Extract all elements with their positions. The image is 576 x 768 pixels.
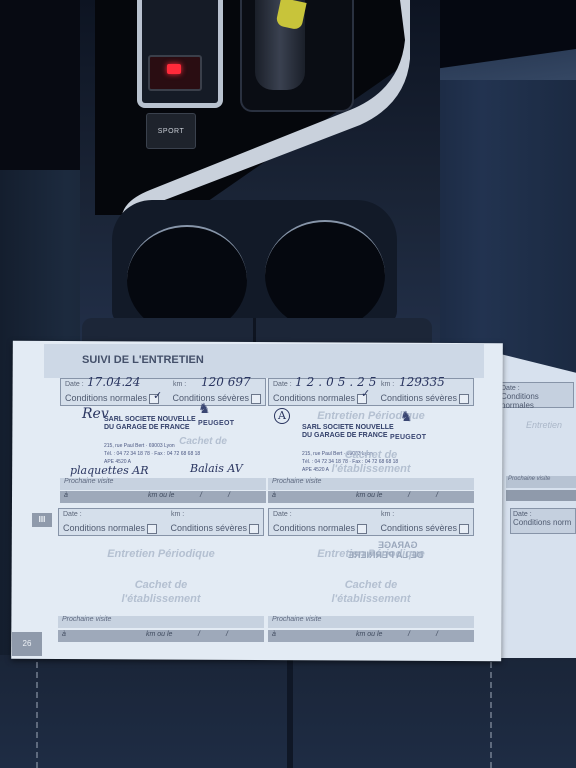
slash: / — [408, 631, 410, 638]
slash: / — [228, 492, 230, 499]
section-title: SUIVI DE L'ENTRETIEN — [82, 354, 204, 366]
maintenance-entry-3: Date : km : Conditions normales Conditio… — [58, 508, 264, 632]
slash: / — [198, 631, 200, 638]
conditions-severes-checkbox[interactable] — [249, 524, 259, 534]
next-visit-km-row: à km ou le / / — [58, 630, 264, 642]
cachet-placeholder: Cachet del'établissement — [268, 448, 474, 476]
stamp-company-line2: DU GARAGE DE FRANCE — [302, 432, 388, 439]
km-label: km : — [381, 381, 394, 388]
next-page-prochaine-visite: Prochaine visite — [506, 476, 576, 488]
handwritten-note-plaquettes: plaquettes AR — [70, 464, 148, 477]
km-or-date-label: km ou le — [148, 492, 174, 499]
date-label: Date : — [65, 381, 84, 388]
bleed-through-text-1: GARAGE — [378, 540, 418, 550]
next-visit-km-row: à km ou le / / — [60, 491, 266, 503]
stamp-phone: Tél. : 04 72 34 18 78 · Fax : 04 72 68 6… — [104, 450, 200, 458]
next-visit-label: Prochaine visite — [272, 616, 321, 623]
next-visit-row: Prochaine visite — [58, 616, 264, 628]
stamp-brand: PEUGEOT — [198, 420, 234, 427]
cachet-line1: Cachet de — [345, 579, 398, 591]
seat-stitching-left — [36, 662, 38, 768]
conditions-normales[interactable]: Conditions normales — [273, 393, 367, 404]
at-label: à — [62, 631, 66, 638]
handwritten-km: 129335 — [399, 375, 445, 389]
conditions-normales[interactable]: Conditions normales — [63, 523, 157, 534]
entry-header: Date : 12.05.25 km : 129335 Conditions n… — [268, 378, 474, 406]
slash: / — [226, 631, 228, 638]
date-label: Date : — [63, 511, 82, 518]
maintenance-entry-1: Date : 17.04.24 km : 120 697 Conditions … — [60, 378, 266, 502]
next-page-km-bar — [506, 490, 576, 501]
page-number: 26 — [12, 632, 42, 656]
next-visit-row: Prochaine visite — [60, 478, 266, 490]
conditions-normales-label: Conditions normales — [273, 393, 355, 403]
conditions-severes-label: Conditions sévères — [380, 523, 457, 533]
entry-header: Date : km : Conditions normales Conditio… — [268, 508, 474, 536]
next-page-entretien: Entretien — [526, 420, 562, 430]
next-visit-label: Prochaine visite — [62, 616, 111, 623]
cachet-line1: Cachet de — [135, 579, 188, 591]
next-page-card2-head: Date : Conditions norm — [510, 508, 576, 534]
cachet-line2: l'établissement — [331, 593, 410, 605]
next-page-date2-label: Date : — [513, 511, 573, 518]
conditions-severes-label: Conditions sévères — [172, 393, 249, 403]
next-visit-row: Prochaine visite — [268, 478, 474, 490]
parking-brake-led-icon — [167, 64, 181, 74]
km-label: km : — [381, 511, 394, 518]
conditions-severes[interactable]: Conditions sévères — [170, 523, 259, 534]
slash: / — [200, 492, 202, 499]
conditions-normales[interactable]: Conditions normales — [273, 523, 367, 534]
at-label: à — [272, 492, 276, 499]
stamp-brand: PEUGEOT — [390, 434, 426, 441]
cachet-placeholder: Cachet del'établissement — [268, 578, 474, 606]
next-visit-label: Prochaine visite — [64, 478, 113, 485]
entretien-placeholder: Entretien Périodique — [58, 548, 264, 560]
conditions-severes[interactable]: Conditions sévères — [380, 523, 469, 534]
section-tab-marker: III — [32, 513, 52, 527]
stamp-company-line1: SARL SOCIETE NOUVELLE — [302, 424, 394, 431]
km-or-date-label: km ou le — [146, 631, 172, 638]
km-or-date-label: km ou le — [356, 631, 382, 638]
next-page-card-head: Date : Conditions normales — [498, 382, 574, 408]
cachet-line2: l'établissement — [331, 463, 410, 475]
entretien-placeholder: Entretien Périodique — [268, 410, 474, 422]
maintenance-entry-2: Date : 12.05.25 km : 129335 Conditions n… — [268, 378, 474, 502]
conditions-severes-checkbox[interactable] — [251, 394, 261, 404]
maintenance-entry-4: Date : km : Conditions normales Conditio… — [268, 508, 474, 632]
conditions-severes[interactable]: Conditions sévères — [380, 393, 469, 404]
conditions-severes-checkbox[interactable] — [459, 524, 469, 534]
date-label: Date : — [273, 381, 292, 388]
conditions-severes-label: Conditions sévères — [380, 393, 457, 403]
next-visit-row: Prochaine visite — [268, 616, 474, 628]
km-label: km : — [171, 511, 184, 518]
cupholder-right — [265, 220, 385, 330]
next-page-conditions2-label: Conditions norm — [513, 518, 573, 527]
cachet-line2: l'établissement — [121, 593, 200, 605]
slash: / — [436, 492, 438, 499]
seat-stitching-right — [490, 662, 492, 768]
slash: / — [436, 631, 438, 638]
km-or-date-label: km ou le — [356, 492, 382, 499]
peugeot-lion-icon: ♞ — [400, 408, 413, 425]
conditions-normales-checkbox[interactable] — [357, 524, 367, 534]
conditions-normales-label: Conditions normales — [273, 523, 355, 533]
km-label: km : — [173, 381, 186, 388]
peugeot-lion-icon: ♞ — [198, 400, 211, 417]
conditions-normales-label: Conditions normales — [63, 523, 145, 533]
bleed-through-text-2: DE LA PERRIERE — [348, 550, 423, 560]
stamp-company-line1: SARL SOCIETE NOUVELLE — [104, 416, 196, 423]
entry-header: Date : km : Conditions normales Conditio… — [58, 508, 264, 536]
next-visit-label: Prochaine visite — [272, 478, 321, 485]
checkmark-icon: ✓ — [153, 389, 162, 402]
checkmark-icon: ✓ — [361, 387, 370, 400]
conditions-severes-label: Conditions sévères — [170, 523, 247, 533]
at-label: à — [272, 631, 276, 638]
next-visit-km-row: à km ou le / / — [268, 630, 474, 642]
date-label: Date : — [273, 511, 292, 518]
handwritten-note-balais: Balais AV — [190, 462, 243, 475]
handwritten-km: 120 697 — [201, 375, 251, 389]
conditions-normales-checkbox[interactable] — [147, 524, 157, 534]
at-label: à — [64, 492, 68, 499]
conditions-severes[interactable]: Conditions sévères — [172, 393, 261, 404]
parking-brake-frame — [137, 0, 223, 108]
sport-mode-button[interactable]: SPORT — [146, 113, 196, 149]
seat-seam — [287, 655, 293, 768]
conditions-severes-checkbox[interactable] — [459, 394, 469, 404]
cachet-placeholder: Cachet del'établissement — [58, 578, 264, 606]
next-page-date-label: Date : — [501, 385, 571, 392]
conditions-normales[interactable]: Conditions normales — [65, 393, 159, 404]
stamp-company-line2: DU GARAGE DE FRANCE — [104, 424, 190, 431]
slash: / — [408, 492, 410, 499]
entry-header: Date : 17.04.24 km : 120 697 Conditions … — [60, 378, 266, 406]
conditions-normales-label: Conditions normales — [65, 393, 147, 403]
next-visit-km-row: à km ou le / / — [268, 491, 474, 503]
handwritten-date: 17.04.24 — [87, 375, 140, 389]
next-page-conditions-label: Conditions normales — [501, 392, 571, 410]
cachet-line1: Cachet de — [345, 449, 398, 461]
